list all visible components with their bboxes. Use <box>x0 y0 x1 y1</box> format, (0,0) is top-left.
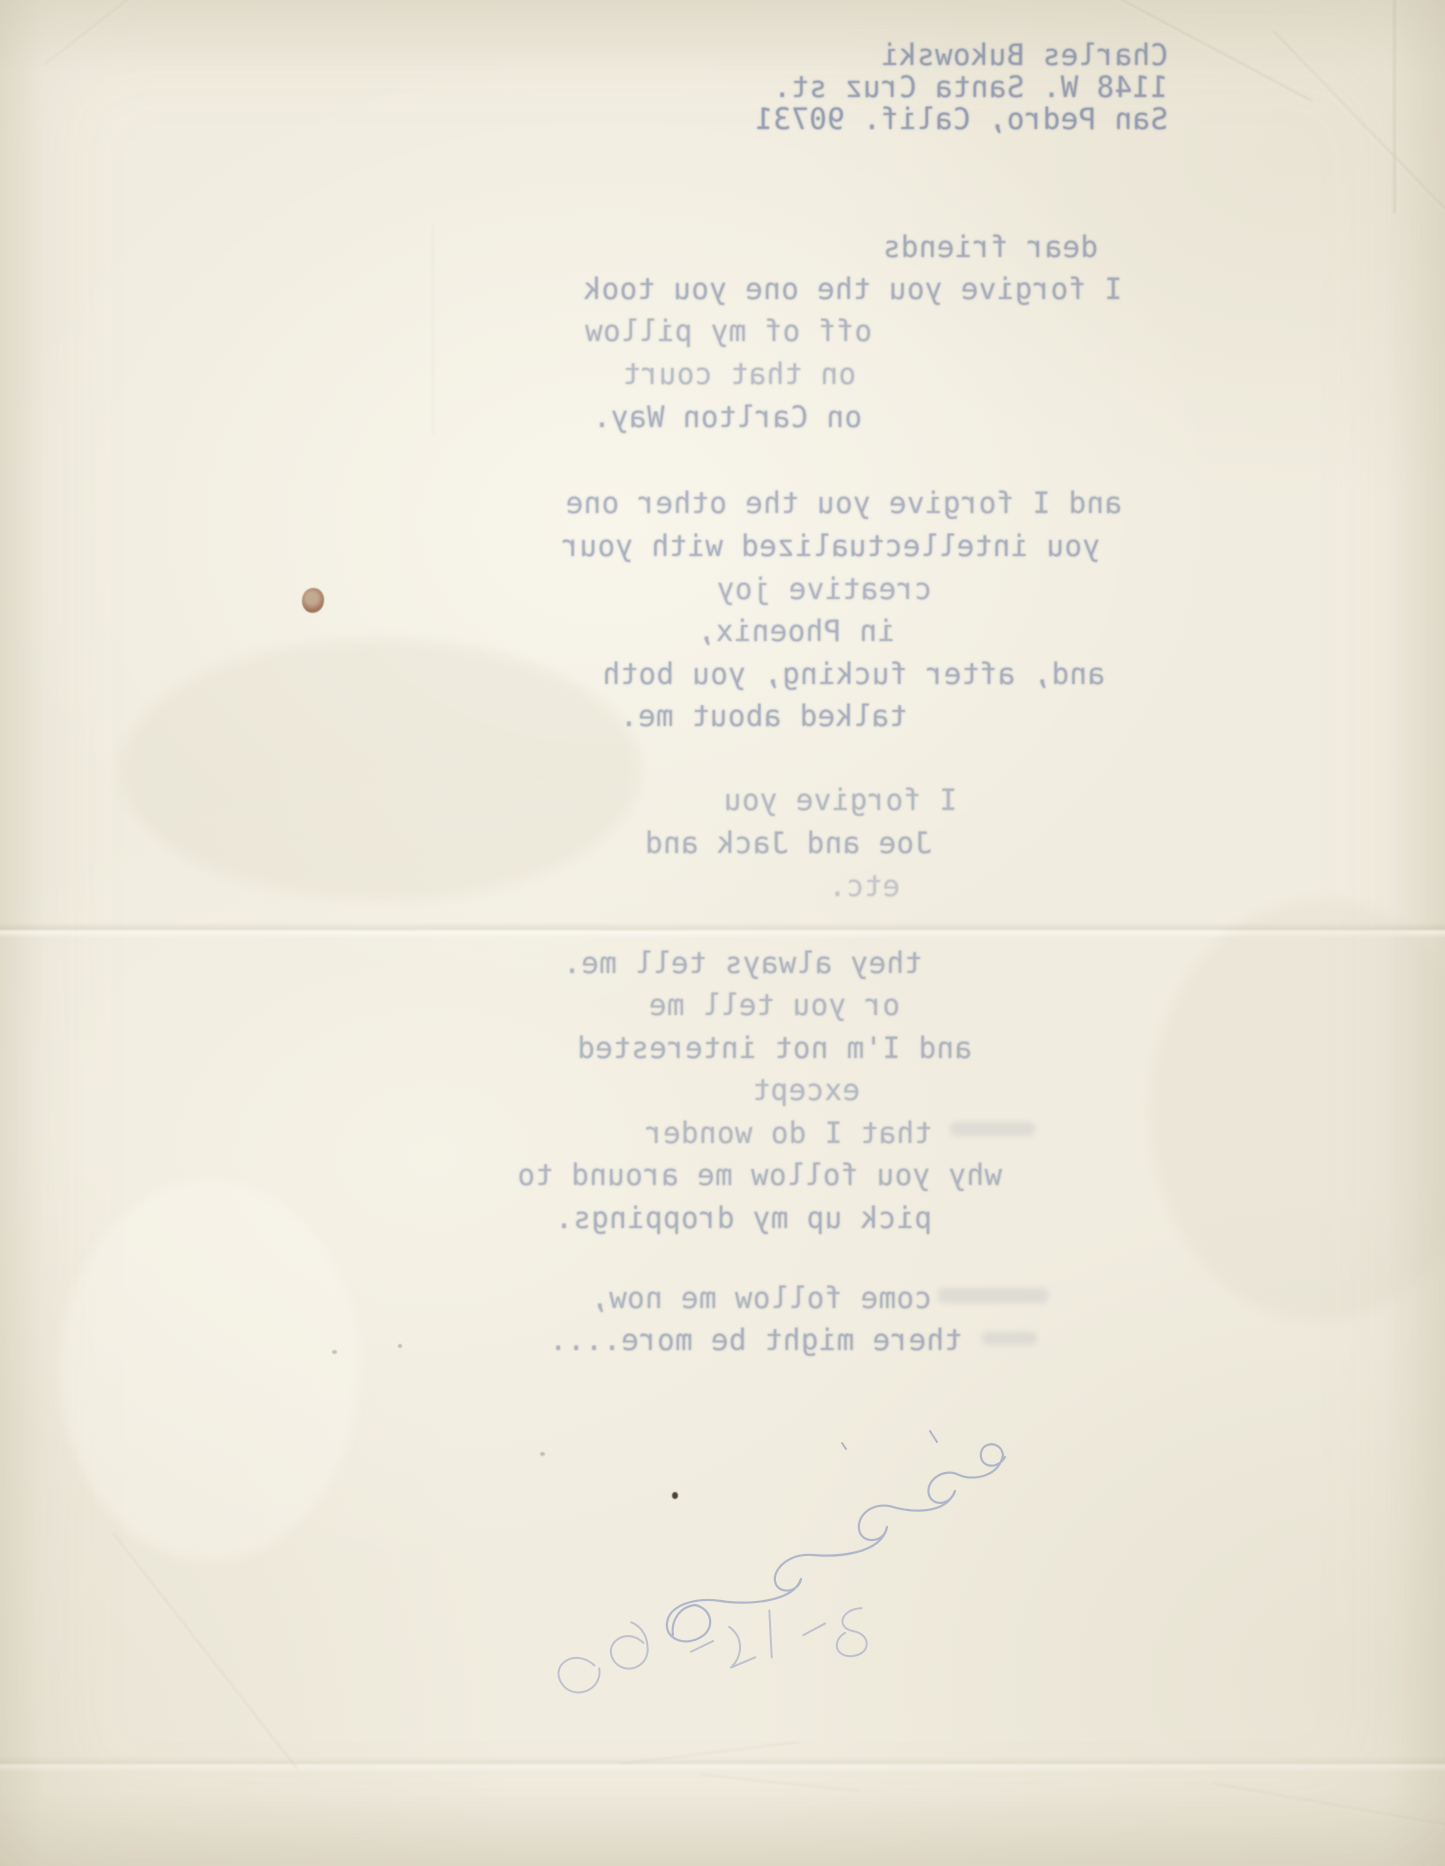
typed-line: in Phoenix, <box>697 614 895 648</box>
typed-line: dear friends <box>882 230 1098 264</box>
typed-line: I forgive you the one you took <box>583 272 1122 306</box>
typed-line: on that court <box>623 357 856 391</box>
typed-line: etc. <box>828 869 900 903</box>
typed-line: talked about me. <box>620 699 907 733</box>
typed-line: Charles Bukowski <box>881 38 1168 72</box>
scanned-letter-verso-page: { "document": { "kind_label": "typewritt… <box>0 0 1445 1866</box>
typed-line: that I do wonder <box>645 1116 932 1150</box>
typed-line: on Carlton Way. <box>593 400 862 434</box>
typed-line: and, after fucking, you both <box>602 657 1105 691</box>
typed-line: creative joy <box>716 572 932 606</box>
typed-line: off of my pillow <box>585 314 872 348</box>
typed-line: except <box>752 1073 860 1107</box>
typed-line: you intellectualized with your <box>561 529 1100 563</box>
typed-line: why you follow me around to <box>517 1158 1002 1192</box>
typed-line: pick up my droppings. <box>555 1201 932 1235</box>
typed-line: come follow me now, <box>591 1281 932 1315</box>
typed-line: San Pedro, Calif. 90731 <box>755 102 1168 136</box>
typed-line: Joe and Jack and <box>645 826 932 860</box>
typed-line: 1148 W. Santa Cruz st. <box>773 70 1168 104</box>
typed-line: I forgive you <box>724 783 957 817</box>
typed-line: there might be more.... <box>549 1323 962 1357</box>
typed-line: they always tell me. <box>563 946 922 980</box>
typed-line: and I forgive you the other one <box>565 486 1122 520</box>
bleedthrough-layer: Charles Bukowski1148 W. Santa Cruz st.Sa… <box>0 0 1445 1866</box>
typed-line: and I'm not interested <box>577 1031 972 1065</box>
typed-line: or you tell me <box>649 988 900 1022</box>
